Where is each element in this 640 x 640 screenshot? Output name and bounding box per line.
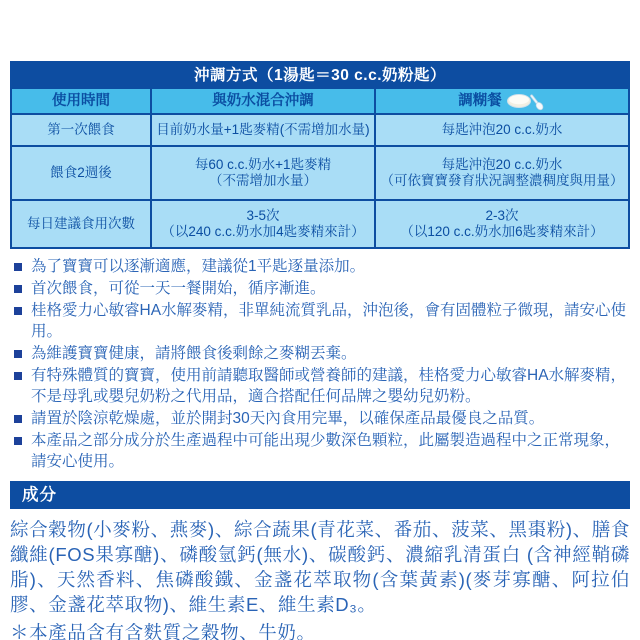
column-header-label: 調糊餐 [458, 93, 502, 110]
cell-line: 餵食2週後 [50, 165, 112, 182]
list-item: 本產品之部分成分於生產過程中可能出現少數深色顆粒，此屬製造過程中之正常現象，請安… [10, 430, 630, 472]
cell-line: 2-3次 [485, 208, 518, 225]
cell-line: （不需增加水量） [209, 173, 317, 190]
list-item: 桂格愛力心敏睿HA水解麥精，非單純流質乳品，沖泡後，會有固體粒子微現，請安心使用… [10, 300, 630, 342]
bullet-square-icon [14, 437, 22, 445]
table-cell-paste-row2: 每匙沖泡20 c.c.奶水 （可依寶寶發育狀況調整濃稠度與用量） [376, 147, 628, 199]
usage-notes-list: 為了寶寶可以逐漸適應，建議從1平匙逐量添加。 首次餵食，可從一天一餐開始，循序漸… [10, 256, 630, 472]
cell-line: 每匙沖泡20 c.c.奶水 [442, 157, 563, 174]
table-cell-milk-row1: 目前奶水量+1匙麥精(不需增加水量) [152, 115, 374, 145]
note-text: 本產品之部分成分於生產過程中可能出現少數深色顆粒，此屬製造過程中之正常現象，請安… [31, 430, 630, 472]
preparation-table: 沖調方式（1湯匙＝30 c.c.奶粉匙） 使用時間 與奶水混合沖調 調糊餐 [10, 61, 630, 249]
list-item: 為了寶寶可以逐漸適應，建議從1平匙逐量添加。 [10, 256, 630, 277]
list-item: 首次餵食，可從一天一餐開始，循序漸進。 [10, 278, 630, 299]
cell-line: 每日建議食用次數 [27, 216, 135, 233]
table-cell-time-row2: 餵食2週後 [12, 147, 150, 199]
bullet-square-icon [14, 263, 22, 271]
table-cell-paste-row3: 2-3次 （以120 c.c.奶水加6匙麥精來計） [376, 201, 628, 247]
column-header-mix-with-milk: 與奶水混合沖調 [152, 89, 374, 113]
cell-line: 第一次餵食 [47, 122, 115, 139]
product-info-panel: 沖調方式（1湯匙＝30 c.c.奶粉匙） 使用時間 與奶水混合沖調 調糊餐 [10, 61, 630, 640]
cell-line: （以240 c.c.奶水加4匙麥精來計） [161, 224, 364, 241]
list-item: 為維護寶寶健康，請將餵食後剩餘之麥糊丟棄。 [10, 343, 630, 364]
bowl-and-spoon-icon [506, 91, 546, 111]
bullet-square-icon [14, 415, 22, 423]
ingredients-text: 綜合穀物(小麥粉、燕麥)、綜合蔬果(青花菜、番茄、菠菜、黑棗粉)、膳食纖維(FO… [10, 517, 630, 617]
cell-line: 每匙沖泡20 c.c.奶水 [442, 122, 563, 139]
column-header-label: 與奶水混合沖調 [212, 93, 314, 110]
note-text: 有特殊體質的寶寶，使用前請聽取醫師或營養師的建議，桂格愛力心敏睿HA水解麥精，不… [31, 365, 630, 407]
list-item: 有特殊體質的寶寶，使用前請聽取醫師或營養師的建議，桂格愛力心敏睿HA水解麥精，不… [10, 365, 630, 407]
cell-line: 3-5次 [246, 208, 279, 225]
list-item: 請置於陰涼乾燥處，並於開封30天內食用完畢，以確保產品最優良之品質。 [10, 408, 630, 429]
note-text: 首次餵食，可從一天一餐開始，循序漸進。 [31, 278, 630, 299]
table-cell-time-row1: 第一次餵食 [12, 115, 150, 145]
note-text: 請置於陰涼乾燥處，並於開封30天內食用完畢，以確保產品最優良之品質。 [31, 408, 630, 429]
allergen-note: ＊本產品含有含麩質之穀物、牛奶。 [10, 620, 630, 640]
column-header-usage-time: 使用時間 [12, 89, 150, 113]
bullet-square-icon [14, 372, 22, 380]
cell-line: （可依寶寶發育狀況調整濃稠度與用量） [381, 173, 624, 190]
bullet-square-icon [14, 285, 22, 293]
cell-line: （以120 c.c.奶水加6匙麥精來計） [400, 224, 603, 241]
table-cell-paste-row1: 每匙沖泡20 c.c.奶水 [376, 115, 628, 145]
table-cell-milk-row3: 3-5次 （以240 c.c.奶水加4匙麥精來計） [152, 201, 374, 247]
bullet-square-icon [14, 350, 22, 358]
note-text: 桂格愛力心敏睿HA水解麥精，非單純流質乳品，沖泡後，會有固體粒子微現，請安心使用… [31, 300, 630, 342]
cell-line: 每60 c.c.奶水+1匙麥精 [195, 157, 331, 174]
note-text: 為了寶寶可以逐漸適應，建議從1平匙逐量添加。 [31, 256, 630, 277]
ingredients-section-header: 成分 [10, 481, 630, 509]
cell-line: 目前奶水量+1匙麥精(不需增加水量) [156, 122, 369, 139]
table-cell-milk-row2: 每60 c.c.奶水+1匙麥精 （不需增加水量） [152, 147, 374, 199]
table-title: 沖調方式（1湯匙＝30 c.c.奶粉匙） [12, 63, 628, 89]
table-cell-time-row3: 每日建議食用次數 [12, 201, 150, 247]
preparation-grid: 使用時間 與奶水混合沖調 調糊餐 第一次餵食 [12, 89, 628, 247]
column-header-label: 使用時間 [52, 93, 110, 110]
note-text: 為維護寶寶健康，請將餵食後剩餘之麥糊丟棄。 [31, 343, 630, 364]
column-header-paste-meal: 調糊餐 [376, 89, 628, 113]
bullet-square-icon [14, 307, 22, 315]
